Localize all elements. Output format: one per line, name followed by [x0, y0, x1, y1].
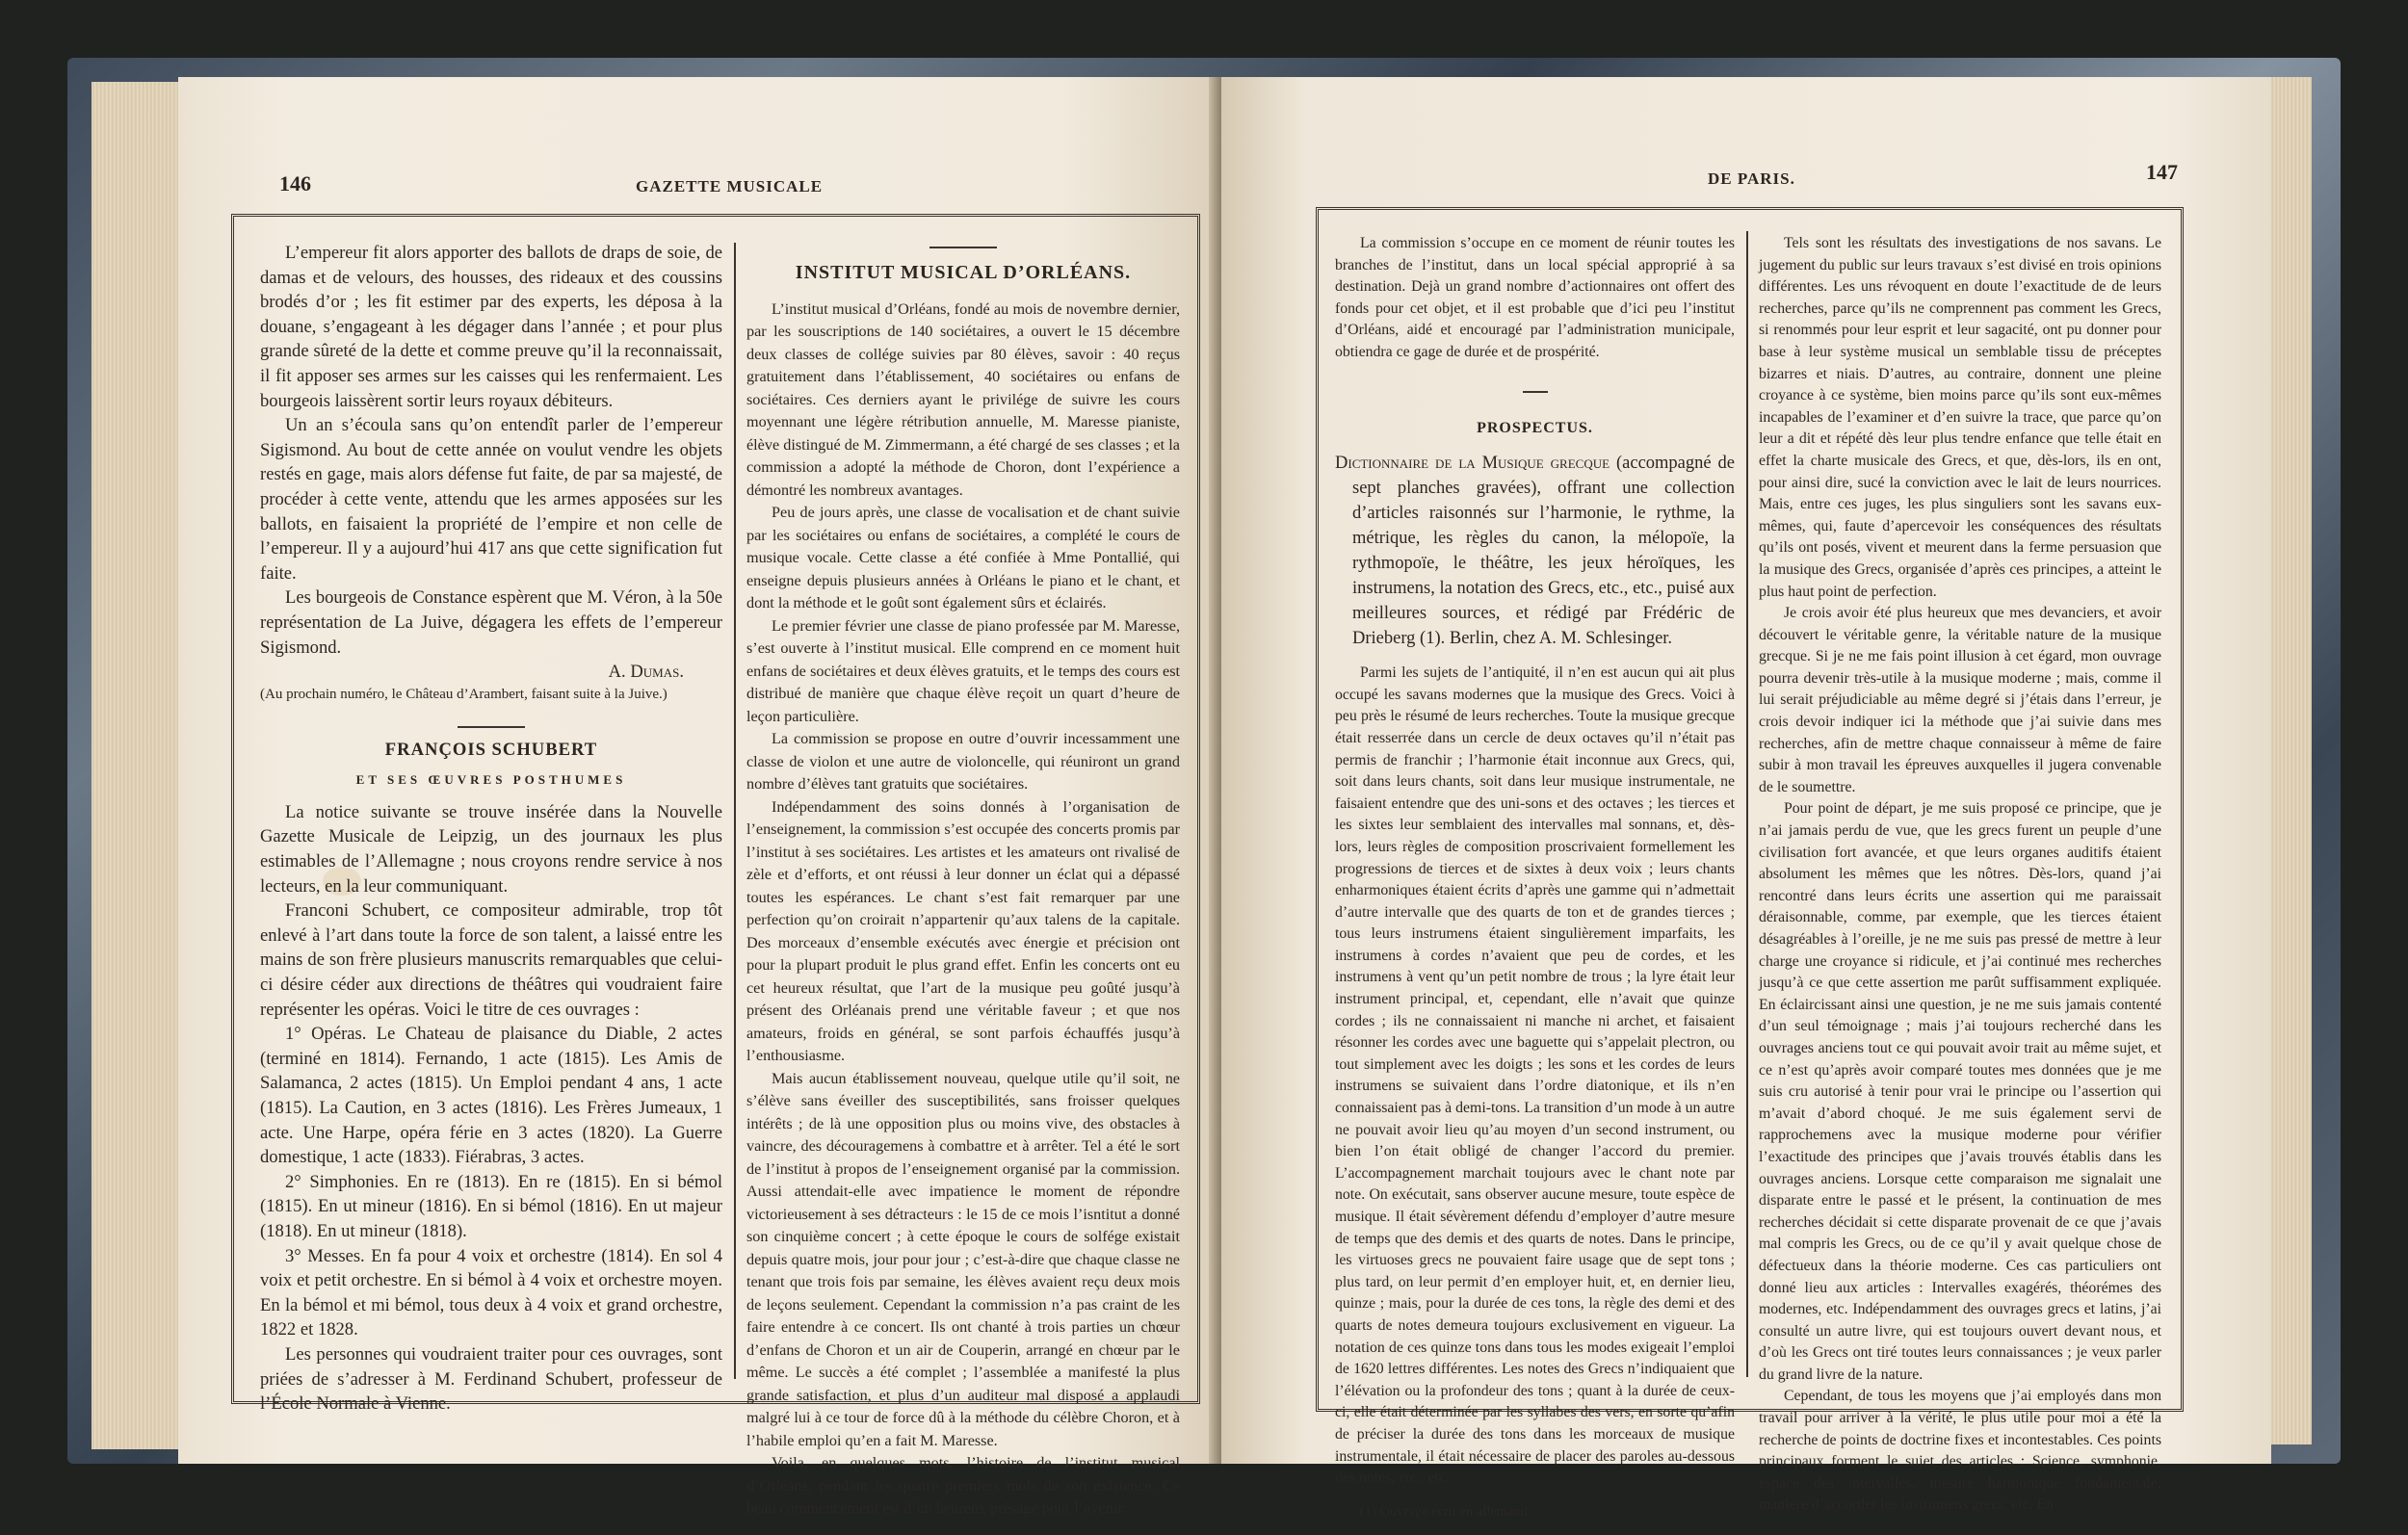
book-title: Dictionnaire de la Musique grecque [1335, 454, 1610, 473]
column-left-2: INSTITUT MUSICAL D’ORLÉANS. L’institut m… [746, 241, 1180, 1521]
paragraph: Indépendamment des soins donnés à l’orga… [746, 796, 1180, 1068]
paragraph: Cependant, de tous les moyens que j’ai e… [1759, 1386, 2161, 1517]
paragraph: 2° Simphonies. En re (1813). En re (1815… [260, 1170, 722, 1244]
column-right-2: Tels sont les résultats des investigatio… [1759, 233, 2161, 1517]
paragraph: Voila, en quelques mots, l’histoire de l… [746, 1452, 1180, 1521]
article-title: INSTITUT MUSICAL D’ORLÉANS. [746, 262, 1180, 285]
paragraph: Le premier février une classe de piano p… [746, 615, 1180, 729]
column-right-1: La commission s’occupe en ce moment de r… [1335, 233, 1735, 1522]
paragraph: 3° Messes. En fa pour 4 voix et orchestr… [260, 1244, 722, 1342]
page-edges-left [92, 82, 183, 1449]
book-description: (accompagné de sept planches gravées), o… [1352, 454, 1735, 648]
paragraph: La notice suivante se trouve insérée dan… [260, 800, 722, 898]
paragraph: Franconi Schubert, ce compositeur admira… [260, 898, 722, 1022]
column-left-1: L’empereur fit alors apporter des ballot… [260, 241, 722, 1417]
column-divider [1746, 231, 1748, 1377]
paragraph: Pour point de départ, je me suis proposé… [1759, 798, 2161, 1386]
paragraph: Mais aucun établissement nouveau, quelqu… [746, 1068, 1180, 1453]
paragraph: Je crois avoir été plus heureux que mes … [1759, 603, 2161, 798]
paragraph: Peu de jours après, une classe de vocali… [746, 502, 1180, 615]
book-entry: Dictionnaire de la Musique grecque (acco… [1335, 451, 1735, 651]
article-title: FRANÇOIS SCHUBERT [260, 738, 722, 763]
paragraph: L’institut musical d’Orléans, fondé au m… [746, 299, 1180, 503]
editor-note: (Au prochain numéro, le Château d’Arambe… [260, 685, 722, 705]
right-page: DE PARIS. 147 La commission s’occupe en … [1221, 77, 2271, 1464]
page-number-left: 146 [279, 171, 311, 196]
paragraph: L’empereur fit alors apporter des ballot… [260, 241, 722, 413]
paragraph: Les personnes qui voudraient traiter pou… [260, 1342, 722, 1417]
paragraph: La commission s’occupe en ce moment de r… [1335, 233, 1735, 364]
column-divider [734, 243, 736, 1379]
paragraph: Les bourgeois de Constance espèrent que … [260, 585, 722, 660]
left-page: 146 GAZETTE MUSICALE L’empereur fit alor… [178, 77, 1218, 1464]
running-head-left: GAZETTE MUSICALE [636, 177, 823, 196]
section-rule [458, 726, 525, 728]
paragraph: Tels sont les résultats des investigatio… [1759, 233, 2161, 603]
page-number-right: 147 [2146, 160, 2178, 185]
paragraph: 1° Opéras. Le Chateau de plaisance du Di… [260, 1022, 722, 1170]
article-subtitle: ET SES ŒUVRES POSTHUMES [260, 767, 722, 793]
footnote: (1) Ouvrage écrit en allemand. [1335, 1501, 1735, 1523]
paragraph: Un an s’écoula sans qu’on entendît parle… [260, 413, 722, 585]
running-head-right: DE PARIS. [1708, 169, 1795, 189]
signature: A. Dumas. [260, 660, 722, 685]
section-rule [929, 247, 997, 248]
article-title: PROSPECTUS. [1335, 418, 1735, 440]
section-rule [1523, 391, 1548, 393]
paragraph: La commission se propose en outre d’ouvr… [746, 728, 1180, 796]
paragraph: Parmi les sujets de l’antiquité, il n’en… [1335, 663, 1735, 1490]
